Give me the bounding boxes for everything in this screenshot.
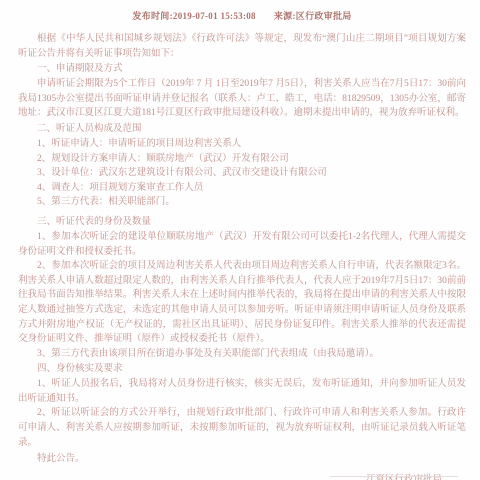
- list-item: 1、听证申请人：申请听证的项目周边利害关系人: [18, 137, 466, 152]
- list-item: 4、调查人：项目规划方案审查工作人员: [18, 181, 466, 196]
- section-3-heading: 三、听证代表的身份及数量: [18, 215, 466, 230]
- closing-line: 特此公告。: [18, 452, 466, 467]
- footer-divider: [330, 476, 458, 477]
- section-4-heading: 四、身份核实及要求: [18, 362, 466, 377]
- document-body: 根据《中华人民共和国城乡规划法》《行政许可法》等规定，现发布“澳门山庄二期项目”…: [18, 32, 466, 480]
- section-2-heading: 二、听证人员构成及范围: [18, 122, 466, 137]
- source-label: 来源:: [274, 11, 296, 21]
- section-1-heading: 一、申请期限及方式: [18, 62, 466, 77]
- section-3-paragraph: 3、第三方代表由该项目所在街道办事处及有关职能部门代表组成（由我局邀请）。: [18, 347, 466, 362]
- list-item: 3、设计单位：武汉东艺建筑设计有限公司、武汉市交建设计有限公司: [18, 166, 466, 181]
- publish-time-value: 2019-07-01 15:53:08: [173, 11, 256, 21]
- section-3-paragraph: 2、参加本次听证会的项目及周边利害关系人代表由项目周边利害关系人自行申请，代表名…: [18, 259, 466, 347]
- section-3-paragraph: 1、参加本次听证会的建设单位顺联房地产（武汉）开发有限公司可以委托1-2名代理人…: [18, 230, 466, 259]
- section-4-paragraph: 2、听证以听证会的方式公开举行，由规划行政审批部门、行政许可申请人和利害关系人参…: [18, 406, 466, 450]
- intro-paragraph: 根据《中华人民共和国城乡规划法》《行政许可法》等规定，现发布“澳门山庄二期项目”…: [18, 32, 466, 61]
- list-item: 2、规划设计方案申请人：顺联房地产（武汉）开发有限公司: [18, 152, 466, 167]
- announcement-document: 发布时间:2019-07-01 15:53:08来源:区行政审批局 根据《中华人…: [0, 0, 480, 480]
- list-item: 5、第三方代表：相关职能部门。: [18, 195, 466, 210]
- source-value: 区行政审批局: [296, 11, 352, 21]
- publish-meta-line: 发布时间:2019-07-01 15:53:08来源:区行政审批局: [18, 9, 466, 22]
- section-4-paragraph: 1、听证人员报名后，我局将对人员身份进行核实，核实无误后，发布听证通知，并向参加…: [18, 377, 466, 406]
- section-1-paragraph: 申请听证会期限为5个工作日（2019年 7 月 1日至2019年7 月5日），利…: [18, 77, 466, 121]
- publish-time-label: 发布时间:: [132, 11, 173, 21]
